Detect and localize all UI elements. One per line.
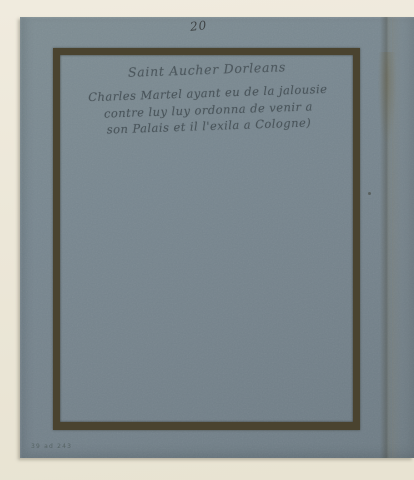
folio-number: 20	[189, 18, 208, 34]
blue-paper-page: 20 Saint Aucher Dorleans Charles Martel …	[20, 17, 414, 458]
ink-speck	[368, 192, 371, 195]
page-fold-edge	[392, 17, 414, 458]
collection-stamp: 39 ad 243	[31, 443, 72, 450]
manuscript-text-block: Saint Aucher Dorleans Charles Martel aya…	[57, 57, 359, 140]
photo-background: 20 Saint Aucher Dorleans Charles Martel …	[0, 0, 414, 480]
